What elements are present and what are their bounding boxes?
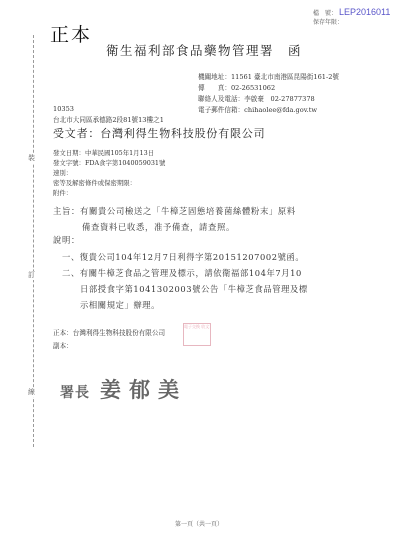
item-2-line-1: 二、有關牛樟芝食品之管理及標示，請依衛福部104年7月10: [62, 268, 302, 278]
archive-no-value: LEP2016011: [339, 7, 390, 17]
explanation-item-1: 一、復貴公司104年12月7日利得字第20151207002號函。: [62, 249, 308, 265]
binding-mark-ding: 訂: [28, 271, 35, 280]
subject-line-2: 備查資料已收悉，准予備查，請查照。: [53, 219, 296, 235]
archive-no-label: 檔 號：: [313, 10, 337, 17]
signature: 署長姜郁美: [60, 374, 187, 404]
sender-contact: 聯絡人及電話：李啟豪 02-27877378: [198, 94, 339, 105]
subject: 主旨：有關貴公司檢送之「牛樟芝固態培養菌絲體粉末」原料 備查資料已收悉，准予備查…: [53, 203, 296, 235]
recipient: 受文者：台灣利得生物科技股份有限公司: [53, 125, 265, 141]
binding-line: [33, 35, 34, 447]
archive-info: 檔 號：LEP2016011 保存年限：: [313, 8, 390, 27]
recipient-name: 台灣利得生物科技股份有限公司: [100, 127, 265, 140]
document-meta: 發文日期：中華民國105年1月13日 發文字號：FDA食字第1040059031…: [53, 148, 165, 198]
copy-type-label: 正本: [50, 20, 92, 47]
retention-label: 保存年限：: [313, 18, 390, 27]
recipient-label: 受文者：: [53, 127, 100, 140]
speed: 速別：: [53, 168, 165, 178]
sender-address: 機關地址：11561 臺北市南港區昆陽街161-2號: [198, 72, 339, 83]
signature-title: 署長: [60, 385, 90, 401]
distribution: 正本：台灣利得生物科技股份有限公司 副本：: [53, 327, 165, 353]
binding-mark-xian: 線: [28, 388, 35, 397]
receipt-seal-stamp: 電子交換 收文章: [183, 323, 211, 346]
explanation-item-2: 二、有關牛樟芝食品之管理及標示，請依衛福部104年7月10 日部授食字第1041…: [62, 265, 308, 313]
doc-number: 發文字號：FDA食字第1040059031號: [53, 158, 165, 168]
original-recipient: 正本：台灣利得生物科技股份有限公司: [53, 327, 165, 340]
subject-label: 主旨：: [53, 206, 80, 216]
attachment: 附件：: [53, 188, 165, 198]
sender-fax: 傳 真：02-26531062: [198, 83, 339, 94]
item-2-line-3: 示相關規定」辦理。: [62, 297, 308, 313]
sender-email: 電子郵件信箱：chihaolee@fda.gov.tw: [198, 105, 339, 116]
issue-date: 發文日期：中華民國105年1月13日: [53, 148, 165, 158]
explanation-label: 說明：: [53, 234, 80, 246]
secrecy: 密等及解密條件或保密期限：: [53, 178, 165, 188]
recipient-address-block: 10353 台北市大同區承德路2段81號13樓之1: [53, 104, 164, 126]
doc-type: 函: [288, 43, 302, 58]
binding-mark-zhuang: 裝: [28, 154, 35, 163]
postal-code: 10353: [53, 104, 164, 115]
item-2-line-2: 日部授食字第1041302003號公告「牛樟芝食品管理及標: [62, 281, 308, 297]
signature-name: 姜郁美: [100, 377, 187, 402]
copy-recipient: 副本：: [53, 340, 165, 353]
explanation-items: 一、復貴公司104年12月7日利得字第20151207002號函。 二、有關牛樟…: [62, 249, 308, 313]
sender-info: 機關地址：11561 臺北市南港區昆陽街161-2號 傳 真：02-265310…: [198, 72, 339, 116]
document-title: 衛生福利部食品藥物管理署函: [106, 41, 302, 59]
agency-name: 衛生福利部食品藥物管理署: [106, 43, 274, 58]
page-number: 第一頁（共一頁）: [175, 519, 223, 528]
subject-line-1: 有關貴公司檢送之「牛樟芝固態培養菌絲體粉末」原料: [80, 206, 296, 216]
